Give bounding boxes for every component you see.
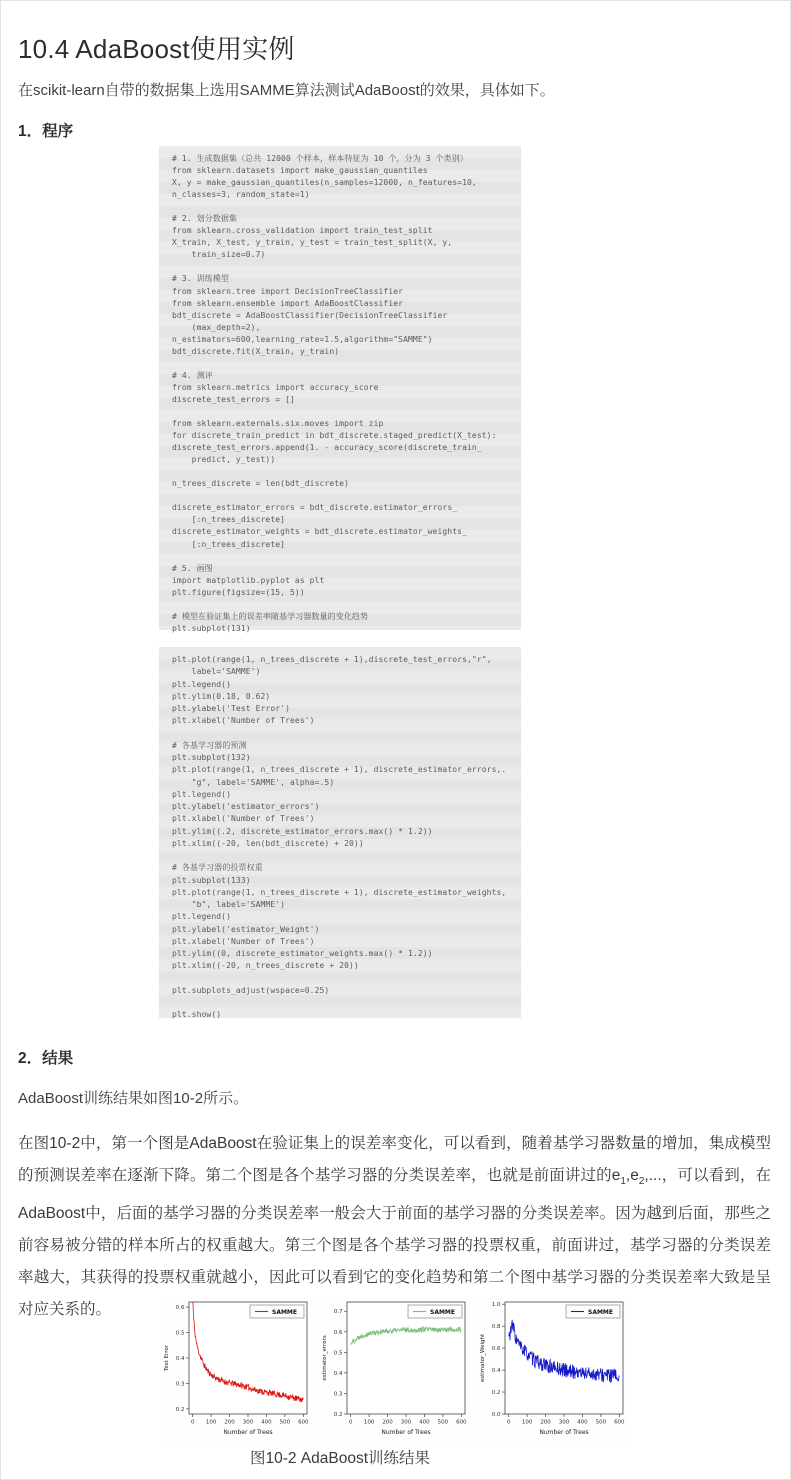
code-line bbox=[172, 850, 515, 862]
code-line: discrete_test_errors.append(1. - accurac… bbox=[172, 442, 515, 454]
svg-text:0.5: 0.5 bbox=[176, 1331, 185, 1337]
svg-text:0.4: 0.4 bbox=[492, 1368, 501, 1374]
code-line: # 4. 测评 bbox=[172, 370, 515, 382]
svg-text:600: 600 bbox=[456, 1420, 467, 1426]
code-line: n_trees_discrete = len(bdt_discrete) bbox=[172, 478, 515, 490]
code-line bbox=[172, 490, 515, 502]
svg-text:200: 200 bbox=[382, 1420, 393, 1426]
code-line bbox=[172, 973, 515, 985]
code-line: import matplotlib.pyplot as plt bbox=[172, 575, 515, 587]
svg-text:400: 400 bbox=[261, 1420, 272, 1426]
code-line: plt.xlim((-20, n_trees_discrete + 20)) bbox=[172, 960, 515, 972]
svg-text:0.5: 0.5 bbox=[334, 1350, 343, 1356]
figure-10-2: 0.20.30.40.50.60100200300400500600Number… bbox=[159, 1295, 629, 1447]
svg-text:600: 600 bbox=[614, 1420, 625, 1426]
code-line: plt.subplot(131) bbox=[172, 623, 515, 635]
code-line: plt.legend() bbox=[172, 679, 515, 691]
code-line: from sklearn.datasets import make_gaussi… bbox=[172, 165, 515, 177]
svg-text:estimator_errors: estimator_errors bbox=[322, 1335, 328, 1381]
code-line: plt.subplot(133) bbox=[172, 875, 515, 887]
svg-text:0.4: 0.4 bbox=[334, 1371, 343, 1377]
code-line: plt.ylim((.2, discrete_estimator_errors.… bbox=[172, 826, 515, 838]
svg-text:500: 500 bbox=[596, 1420, 607, 1426]
figure-caption: 图10-2 AdaBoost训练结果 bbox=[0, 1446, 680, 1468]
svg-text:300: 300 bbox=[559, 1420, 570, 1426]
code-line: discrete_estimator_weights = bdt_discret… bbox=[172, 526, 515, 538]
code-line: discrete_estimator_errors = bdt_discrete… bbox=[172, 502, 515, 514]
svg-text:100: 100 bbox=[364, 1420, 375, 1426]
svg-text:0: 0 bbox=[191, 1420, 195, 1426]
code-line: plt.ylim(0.18, 0.62) bbox=[172, 691, 515, 703]
svg-text:0.0: 0.0 bbox=[492, 1412, 501, 1418]
code-line: # 各基学习器的预测 bbox=[172, 740, 515, 752]
code-line: plt.xlabel('Number of Trees') bbox=[172, 936, 515, 948]
code-line: from sklearn.metrics import accuracy_sco… bbox=[172, 382, 515, 394]
svg-text:100: 100 bbox=[206, 1420, 217, 1426]
svg-text:0.3: 0.3 bbox=[334, 1391, 343, 1397]
code-line: from sklearn.tree import DecisionTreeCla… bbox=[172, 286, 515, 298]
code-line: "g", label='SAMME', alpha=.5) bbox=[172, 777, 515, 789]
code-line: (max_depth=2), bbox=[172, 322, 515, 334]
code-block-1: # 1. 生成数据集（总共 12000 个样本，样本特征为 10 个，分为 3 … bbox=[159, 146, 521, 630]
code-line: plt.subplots_adjust(wspace=0.25) bbox=[172, 985, 515, 997]
code-line: plt.xlabel('Number of Trees') bbox=[172, 715, 515, 727]
section-heading-program: 1．程序 bbox=[18, 119, 73, 141]
code-block-2: plt.plot(range(1, n_trees_discrete + 1),… bbox=[159, 647, 521, 1018]
svg-text:0.6: 0.6 bbox=[334, 1330, 343, 1336]
code-line: plt.plot(range(1, n_trees_discrete + 1),… bbox=[172, 887, 515, 899]
code-line: # 3. 训练模型 bbox=[172, 273, 515, 285]
chart-estimator-errors: 0.20.30.40.50.60.70100200300400500600Num… bbox=[317, 1295, 470, 1447]
code-line: plt.figure(figsize=(15, 5)) bbox=[172, 587, 515, 599]
code-line: # 模型在验证集上的误差率随基学习器数量的变化趋势 bbox=[172, 611, 515, 623]
svg-text:0.2: 0.2 bbox=[176, 1407, 185, 1413]
result-intro-paragraph: AdaBoost训练结果如图10-2所示。 bbox=[18, 1087, 768, 1111]
code-line: from sklearn.ensemble import AdaBoostCla… bbox=[172, 298, 515, 310]
svg-text:600: 600 bbox=[298, 1420, 309, 1426]
svg-text:200: 200 bbox=[540, 1420, 551, 1426]
svg-text:100: 100 bbox=[522, 1420, 533, 1426]
svg-text:400: 400 bbox=[419, 1420, 430, 1426]
code-line: [:n_trees_discrete] bbox=[172, 539, 515, 551]
code-line: # 各基学习器的投票权重 bbox=[172, 862, 515, 874]
svg-text:SAMME: SAMME bbox=[272, 1309, 297, 1316]
code-line: from sklearn.externals.six.moves import … bbox=[172, 418, 515, 430]
code-line: bdt_discrete = AdaBoostClassifier(Decisi… bbox=[172, 310, 515, 322]
code-line: plt.ylabel('estimator_Weight') bbox=[172, 924, 515, 936]
code-line: X_train, X_test, y_train, y_test = train… bbox=[172, 237, 515, 249]
code-line: n_classes=3, random_state=1) bbox=[172, 189, 515, 201]
section-heading-result: 2．结果 bbox=[18, 1046, 73, 1068]
code-line: plt.ylabel('Test Error') bbox=[172, 703, 515, 715]
svg-text:300: 300 bbox=[243, 1420, 254, 1426]
code-line bbox=[172, 599, 515, 611]
svg-text:0: 0 bbox=[507, 1420, 511, 1426]
svg-text:0.2: 0.2 bbox=[492, 1390, 501, 1396]
svg-text:Number of Trees: Number of Trees bbox=[539, 1429, 588, 1436]
code-line: plt.xlabel('Number of Trees') bbox=[172, 813, 515, 825]
code-line: plt.subplot(132) bbox=[172, 752, 515, 764]
code-line: plt.ylabel('estimator_errors') bbox=[172, 801, 515, 813]
code-line bbox=[172, 201, 515, 213]
code-line: # 5. 画图 bbox=[172, 563, 515, 575]
code-line: plt.legend() bbox=[172, 911, 515, 923]
code-line: plt.show() bbox=[172, 1009, 515, 1021]
svg-text:0.6: 0.6 bbox=[176, 1305, 185, 1311]
chart-test-error: 0.20.30.40.50.60100200300400500600Number… bbox=[159, 1295, 312, 1447]
code-line: predict, y_test)) bbox=[172, 454, 515, 466]
svg-text:Number of Trees: Number of Trees bbox=[381, 1429, 430, 1436]
svg-text:500: 500 bbox=[438, 1420, 449, 1426]
page-title: 10.4 AdaBoost使用实例 bbox=[18, 29, 295, 66]
svg-text:0.6: 0.6 bbox=[492, 1346, 501, 1352]
svg-text:200: 200 bbox=[224, 1420, 235, 1426]
svg-text:1.0: 1.0 bbox=[492, 1302, 501, 1308]
svg-text:0.3: 0.3 bbox=[176, 1381, 185, 1387]
svg-text:0.8: 0.8 bbox=[492, 1324, 501, 1330]
svg-text:0: 0 bbox=[349, 1420, 353, 1426]
code-line bbox=[172, 261, 515, 273]
code-line bbox=[172, 728, 515, 740]
svg-text:0.2: 0.2 bbox=[334, 1412, 343, 1418]
book-page: { "page": { "title": "10.4 AdaBoost使用实例"… bbox=[0, 0, 791, 1480]
code-line: plt.xlim((-20, len(bdt_discrete) + 20)) bbox=[172, 838, 515, 850]
svg-text:Number of Trees: Number of Trees bbox=[223, 1429, 272, 1436]
code-line bbox=[172, 406, 515, 418]
code-line bbox=[172, 551, 515, 563]
svg-text:300: 300 bbox=[401, 1420, 412, 1426]
svg-text:0.4: 0.4 bbox=[176, 1356, 185, 1362]
code-line: bdt_discrete.fit(X_train, y_train) bbox=[172, 346, 515, 358]
code-line: label='SAMME') bbox=[172, 666, 515, 678]
code-line: train_size=0.7) bbox=[172, 249, 515, 261]
code-line: plt.plot(range(1, n_trees_discrete + 1),… bbox=[172, 764, 515, 776]
code-line: # 2. 划分数据集 bbox=[172, 213, 515, 225]
code-line: n_estimators=600,learning_rate=1.5,algor… bbox=[172, 334, 515, 346]
code-line bbox=[172, 358, 515, 370]
chart-estimator-weight: 0.00.20.40.60.81.00100200300400500600Num… bbox=[475, 1295, 628, 1447]
code-line: [:n_trees_discrete] bbox=[172, 514, 515, 526]
code-line: plt.ylim((0, discrete_estimator_weights.… bbox=[172, 948, 515, 960]
code-line: X, y = make_gaussian_quantiles(n_samples… bbox=[172, 177, 515, 189]
svg-text:SAMME: SAMME bbox=[588, 1309, 613, 1316]
code-line bbox=[172, 997, 515, 1009]
code-line bbox=[172, 466, 515, 478]
code-line: plt.plot(range(1, n_trees_discrete + 1),… bbox=[172, 654, 515, 666]
code-line: discrete_test_errors = [] bbox=[172, 394, 515, 406]
svg-text:400: 400 bbox=[577, 1420, 588, 1426]
code-line: for discrete_train_predict in bdt_discre… bbox=[172, 430, 515, 442]
code-line: plt.legend() bbox=[172, 789, 515, 801]
code-line: "b", label='SAMME') bbox=[172, 899, 515, 911]
svg-text:0.7: 0.7 bbox=[334, 1309, 343, 1315]
code-line: # 1. 生成数据集（总共 12000 个样本，样本特征为 10 个，分为 3 … bbox=[172, 153, 515, 165]
svg-text:500: 500 bbox=[280, 1420, 291, 1426]
intro-paragraph: 在scikit-learn自带的数据集上选用SAMME算法测试AdaBoost的… bbox=[18, 79, 768, 103]
svg-text:Test Error: Test Error bbox=[164, 1344, 170, 1372]
svg-text:estimator_Weight: estimator_Weight bbox=[480, 1333, 486, 1382]
code-line: from sklearn.cross_validation import tra… bbox=[172, 225, 515, 237]
svg-text:SAMME: SAMME bbox=[430, 1309, 455, 1316]
